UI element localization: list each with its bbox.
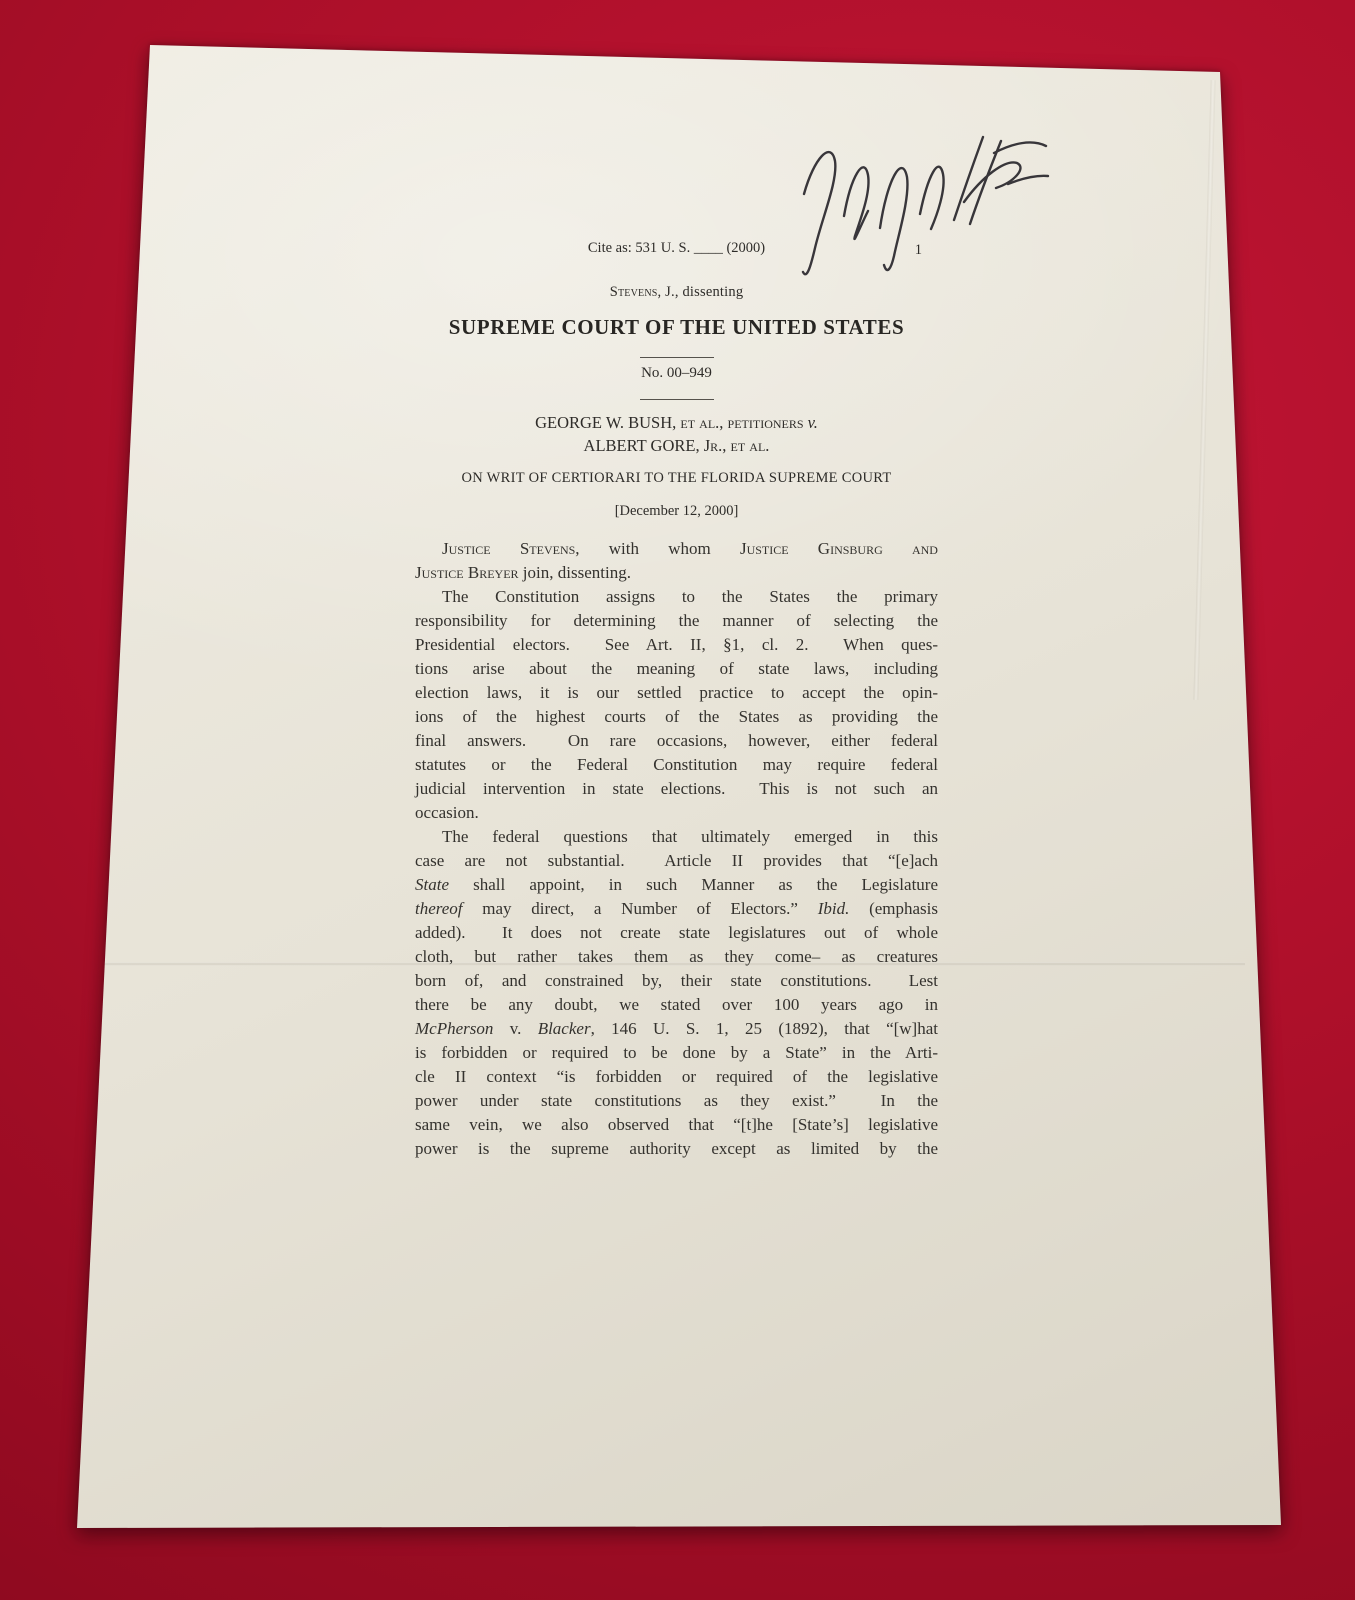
court-title: SUPREME COURT OF THE UNITED STATES <box>415 315 938 340</box>
body-line: ions of the highest courts of the States… <box>415 705 938 729</box>
body-line: case are not substantial. Article II pro… <box>415 849 938 873</box>
text-segment: GEORGE W. BUSH, <box>535 413 680 432</box>
case-caption-line-1: GEORGE W. BUSH, et al., petitioners v. <box>415 411 938 434</box>
text-segment: Justice Breyer <box>415 563 519 582</box>
body-line: Justice Breyer join, dissenting. <box>415 561 938 585</box>
text-segment: (emphasis <box>849 899 938 918</box>
text-segment: occasion. <box>415 803 479 822</box>
cite-line: Cite as: 531 U. S. ____ (2000) <box>588 240 765 256</box>
text-segment: born of, and constrained by, their state… <box>415 971 938 990</box>
text-segment: responsibility for determining the manne… <box>415 611 938 630</box>
text-segment: judicial intervention in state elections… <box>415 779 938 798</box>
text-segment: shall appoint, in such Manner as the Leg… <box>449 875 938 894</box>
separator-rule <box>640 357 714 358</box>
text-segment: statutes or the Federal Constitution may… <box>415 755 938 774</box>
text-segment: cle II context “is forbidden or required… <box>415 1067 938 1086</box>
body-line: McPherson v. Blacker, 146 U. S. 1, 25 (1… <box>415 1017 938 1041</box>
text-segment: case are not substantial. Article II pro… <box>415 851 938 870</box>
docket-number: No. 00–949 <box>415 365 938 382</box>
body-line: election laws, it is our settled practic… <box>415 681 938 705</box>
body-line: responsibility for determining the manne… <box>415 609 938 633</box>
text-segment: ALBERT GORE, <box>584 436 704 455</box>
body-line: same vein, we also observed that “[t]he … <box>415 1113 938 1137</box>
body-line: there be any doubt, we stated over 100 y… <box>415 993 938 1017</box>
body-line: The Constitution assigns to the States t… <box>415 585 938 609</box>
text-segment: The federal questions that ultimately em… <box>442 827 938 846</box>
red-background: Cite as: 531 U. S. ____ (2000) 1 Stevens… <box>0 0 1355 1600</box>
text-segment: is forbidden or required to be done by a… <box>415 1043 938 1062</box>
text-segment: Presidential electors. See Art. II, §1, … <box>415 635 938 654</box>
text-segment: final answers. On rare occasions, howeve… <box>415 731 938 750</box>
body-line: Presidential electors. See Art. II, §1, … <box>415 633 938 657</box>
text-segment: thereof <box>415 899 463 918</box>
text-segment: cloth, but rather takes them as they com… <box>415 947 938 966</box>
body-line: judicial intervention in state elections… <box>415 777 938 801</box>
text-segment: power is the supreme authority except as… <box>415 1139 938 1158</box>
text-segment: there be any doubt, we stated over 100 y… <box>415 995 938 1014</box>
body-line: cle II context “is forbidden or required… <box>415 1065 938 1089</box>
opinion-body: Justice Stevens, with whom Justice Ginsb… <box>415 537 938 1161</box>
text-segment: ions of the highest courts of the States… <box>415 707 938 726</box>
body-line: Justice Stevens, with whom Justice Ginsb… <box>415 537 938 561</box>
text-segment: Justice Stevens <box>442 539 575 558</box>
body-line: The federal questions that ultimately em… <box>415 825 938 849</box>
date-line: [December 12, 2000] <box>415 503 938 520</box>
body-line: cloth, but rather takes them as they com… <box>415 945 938 969</box>
body-line: power is the supreme authority except as… <box>415 1137 938 1161</box>
body-line: tions arise about the meaning of state l… <box>415 657 938 681</box>
body-line: occasion. <box>415 801 938 825</box>
body-line: born of, and constrained by, their state… <box>415 969 938 993</box>
text-segment: v. <box>493 1019 537 1038</box>
document-content: Cite as: 531 U. S. ____ (2000) 1 Stevens… <box>415 240 938 1161</box>
body-line: is forbidden or required to be done by a… <box>415 1041 938 1065</box>
case-caption-line-2: ALBERT GORE, Jr., et al. <box>415 434 938 457</box>
text-segment: power under state constitutions as they … <box>415 1091 938 1110</box>
text-segment: The Constitution assigns to the States t… <box>442 587 938 606</box>
text-segment: v. <box>808 413 818 432</box>
text-segment: , with whom <box>575 539 740 558</box>
separator-rule <box>640 399 714 400</box>
body-line: State shall appoint, in such Manner as t… <box>415 873 938 897</box>
text-segment: Justice Ginsburg and <box>740 539 938 558</box>
text-segment: , J., dissenting <box>658 284 744 300</box>
text-segment: , 146 U. S. 1, 25 (1892), that “[w]hat <box>591 1019 938 1038</box>
text-segment: Blacker <box>538 1019 591 1038</box>
text-segment: McPherson <box>415 1019 493 1038</box>
body-line: thereof may direct, a Number of Electors… <box>415 897 938 921</box>
writ-line: ON WRIT OF CERTIORARI TO THE FLORIDA SUP… <box>415 470 938 487</box>
text-segment: Ibid. <box>818 899 850 918</box>
body-line: final answers. On rare occasions, howeve… <box>415 729 938 753</box>
text-segment: same vein, we also observed that “[t]he … <box>415 1115 938 1134</box>
text-segment: join, dissenting. <box>519 563 631 582</box>
text-segment: Jr., et al. <box>704 436 770 455</box>
body-line: statutes or the Federal Constitution may… <box>415 753 938 777</box>
body-line: added). It does not create state legisla… <box>415 921 938 945</box>
text-segment: Stevens <box>610 284 658 300</box>
body-line: power under state constitutions as they … <box>415 1089 938 1113</box>
text-segment: et al., petitioners <box>680 413 807 432</box>
text-segment: may direct, a Number of Electors.” <box>463 899 818 918</box>
text-segment: State <box>415 875 449 894</box>
text-segment: election laws, it is our settled practic… <box>415 683 938 702</box>
text-segment: tions arise about the meaning of state l… <box>415 659 938 678</box>
text-segment: added). It does not create state legisla… <box>415 923 938 942</box>
paper-crease-vertical <box>1193 80 1215 700</box>
signature-ink <box>768 98 1054 290</box>
